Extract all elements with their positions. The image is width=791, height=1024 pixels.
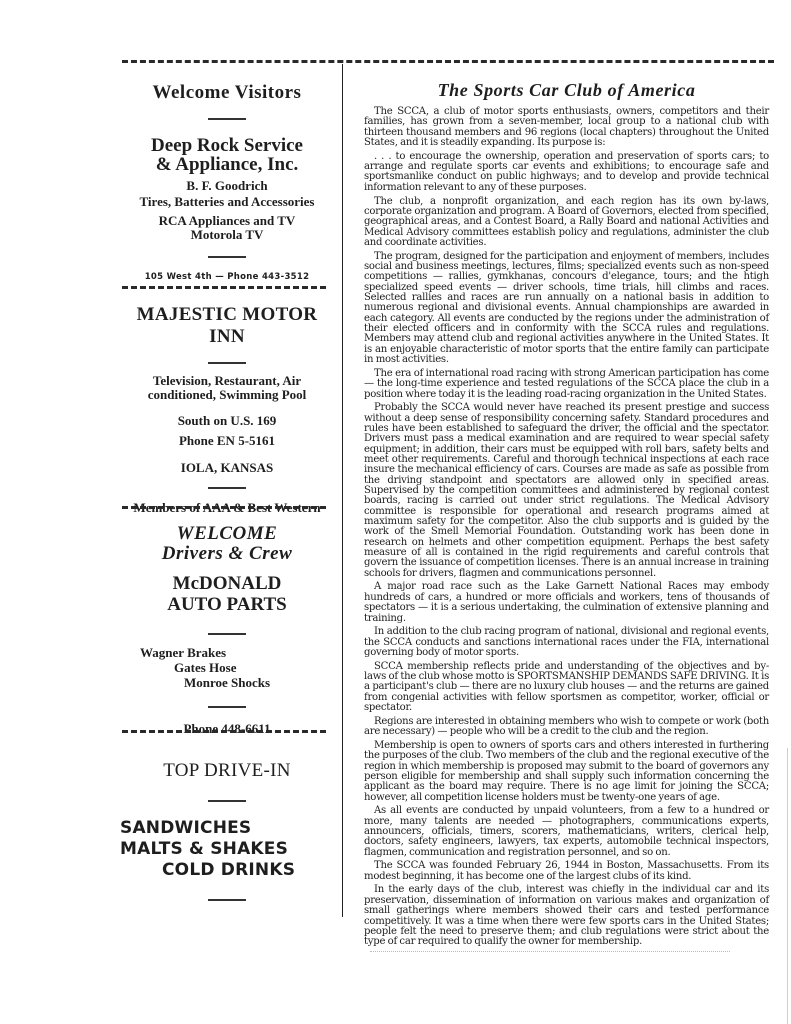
product-item: Wagner Brakes bbox=[140, 645, 336, 660]
column-divider bbox=[342, 64, 343, 917]
phone: Phone EN 5-5161 bbox=[118, 434, 336, 448]
section-dashed-rule bbox=[122, 730, 326, 733]
ad-mcdonald-auto-parts: WELCOME Drivers & Crew McDONALD AUTO PAR… bbox=[118, 524, 336, 736]
article-paragraph: The club, a nonprofit organization, and … bbox=[364, 197, 769, 249]
short-rule bbox=[208, 487, 246, 489]
ad-deep-rock: Welcome Visitors Deep Rock Service & App… bbox=[118, 82, 336, 282]
article-body: The SCCA, a club of motor sports enthusi… bbox=[364, 107, 769, 955]
top-dashed-rule bbox=[122, 60, 774, 63]
menu-item: COLD DRINKS bbox=[118, 860, 336, 881]
location: South on U.S. 169 bbox=[118, 414, 336, 428]
article-paragraph: The program, designed for the participat… bbox=[364, 252, 769, 366]
ad-heading-majestic: MAJESTIC MOTOR INN bbox=[118, 304, 336, 348]
article-paragraph: The era of international road racing wit… bbox=[364, 369, 769, 400]
product-item: Gates Hose bbox=[140, 660, 336, 675]
products-line: Motorola TV bbox=[118, 228, 336, 242]
business-name: McDONALD bbox=[118, 573, 336, 594]
article-paragraph: In addition to the club racing program o… bbox=[364, 627, 769, 658]
business-name: & Appliance, Inc. bbox=[118, 155, 336, 174]
phone: Phone 448-6611 bbox=[118, 722, 336, 736]
article-paragraph: As all events are conducted by unpaid vo… bbox=[364, 806, 769, 858]
section-dashed-rule bbox=[122, 506, 326, 509]
ad-top-drive-in: TOP DRIVE-IN SANDWICHES MALTS & SHAKES C… bbox=[118, 760, 336, 901]
article-paragraph: Regions are interested in obtaining memb… bbox=[364, 717, 769, 738]
address-phone: 105 West 4th — Phone 443-3512 bbox=[118, 272, 336, 282]
article-paragraph: The SCCA, a club of motor sports enthusi… bbox=[364, 107, 769, 148]
article-paragraph: Membership is open to owners of sports c… bbox=[364, 741, 769, 803]
ad-majestic-motor-inn: MAJESTIC MOTOR INN Television, Restauran… bbox=[118, 304, 336, 515]
city: IOLA, KANSAS bbox=[118, 461, 336, 475]
article-paragraph: The SCCA was founded February 26, 1944 i… bbox=[364, 861, 769, 882]
short-rule bbox=[208, 899, 246, 901]
article-paragraph: SCCA membership reflects pride and under… bbox=[364, 662, 769, 714]
article-title: The Sports Car Club of America bbox=[364, 80, 769, 101]
section-dashed-rule bbox=[122, 286, 326, 289]
ad-heading-top-drive-in: TOP DRIVE-IN bbox=[118, 760, 336, 782]
welcome-subheading: Drivers & Crew bbox=[118, 544, 336, 564]
ad-heading-welcome-visitors: Welcome Visitors bbox=[118, 82, 336, 104]
article-column: The Sports Car Club of America The SCCA,… bbox=[364, 80, 769, 955]
amenities-line: conditioned, Swimming Pool bbox=[118, 388, 336, 402]
article-paragraph: A major road race such as the Lake Garne… bbox=[364, 582, 769, 623]
short-rule bbox=[208, 118, 246, 120]
business-name: AUTO PARTS bbox=[118, 594, 336, 615]
short-rule bbox=[208, 362, 246, 364]
menu-item: SANDWICHES bbox=[118, 818, 336, 839]
short-rule bbox=[208, 256, 246, 258]
page-edge-line bbox=[787, 748, 788, 1024]
products-line: Tires, Batteries and Accessories bbox=[118, 195, 336, 209]
short-rule bbox=[208, 633, 246, 635]
business-name: Deep Rock Service bbox=[118, 136, 336, 155]
amenities-line: Television, Restaurant, Air bbox=[118, 374, 336, 388]
article-paragraph: . . . to encourage the ownership, operat… bbox=[364, 152, 769, 193]
products-line: RCA Appliances and TV bbox=[118, 214, 336, 228]
menu-item: MALTS & SHAKES bbox=[118, 839, 336, 860]
short-rule bbox=[208, 706, 246, 708]
article-paragraph: Probably the SCCA would never have reach… bbox=[364, 403, 769, 579]
welcome-heading: WELCOME bbox=[118, 524, 336, 544]
product-item: Monroe Shocks bbox=[140, 675, 336, 690]
short-rule bbox=[208, 800, 246, 802]
article-paragraph: In the early days of the club, interest … bbox=[364, 885, 769, 947]
brand-line: B. F. Goodrich bbox=[118, 179, 336, 193]
cut-off-text-line bbox=[370, 951, 730, 955]
